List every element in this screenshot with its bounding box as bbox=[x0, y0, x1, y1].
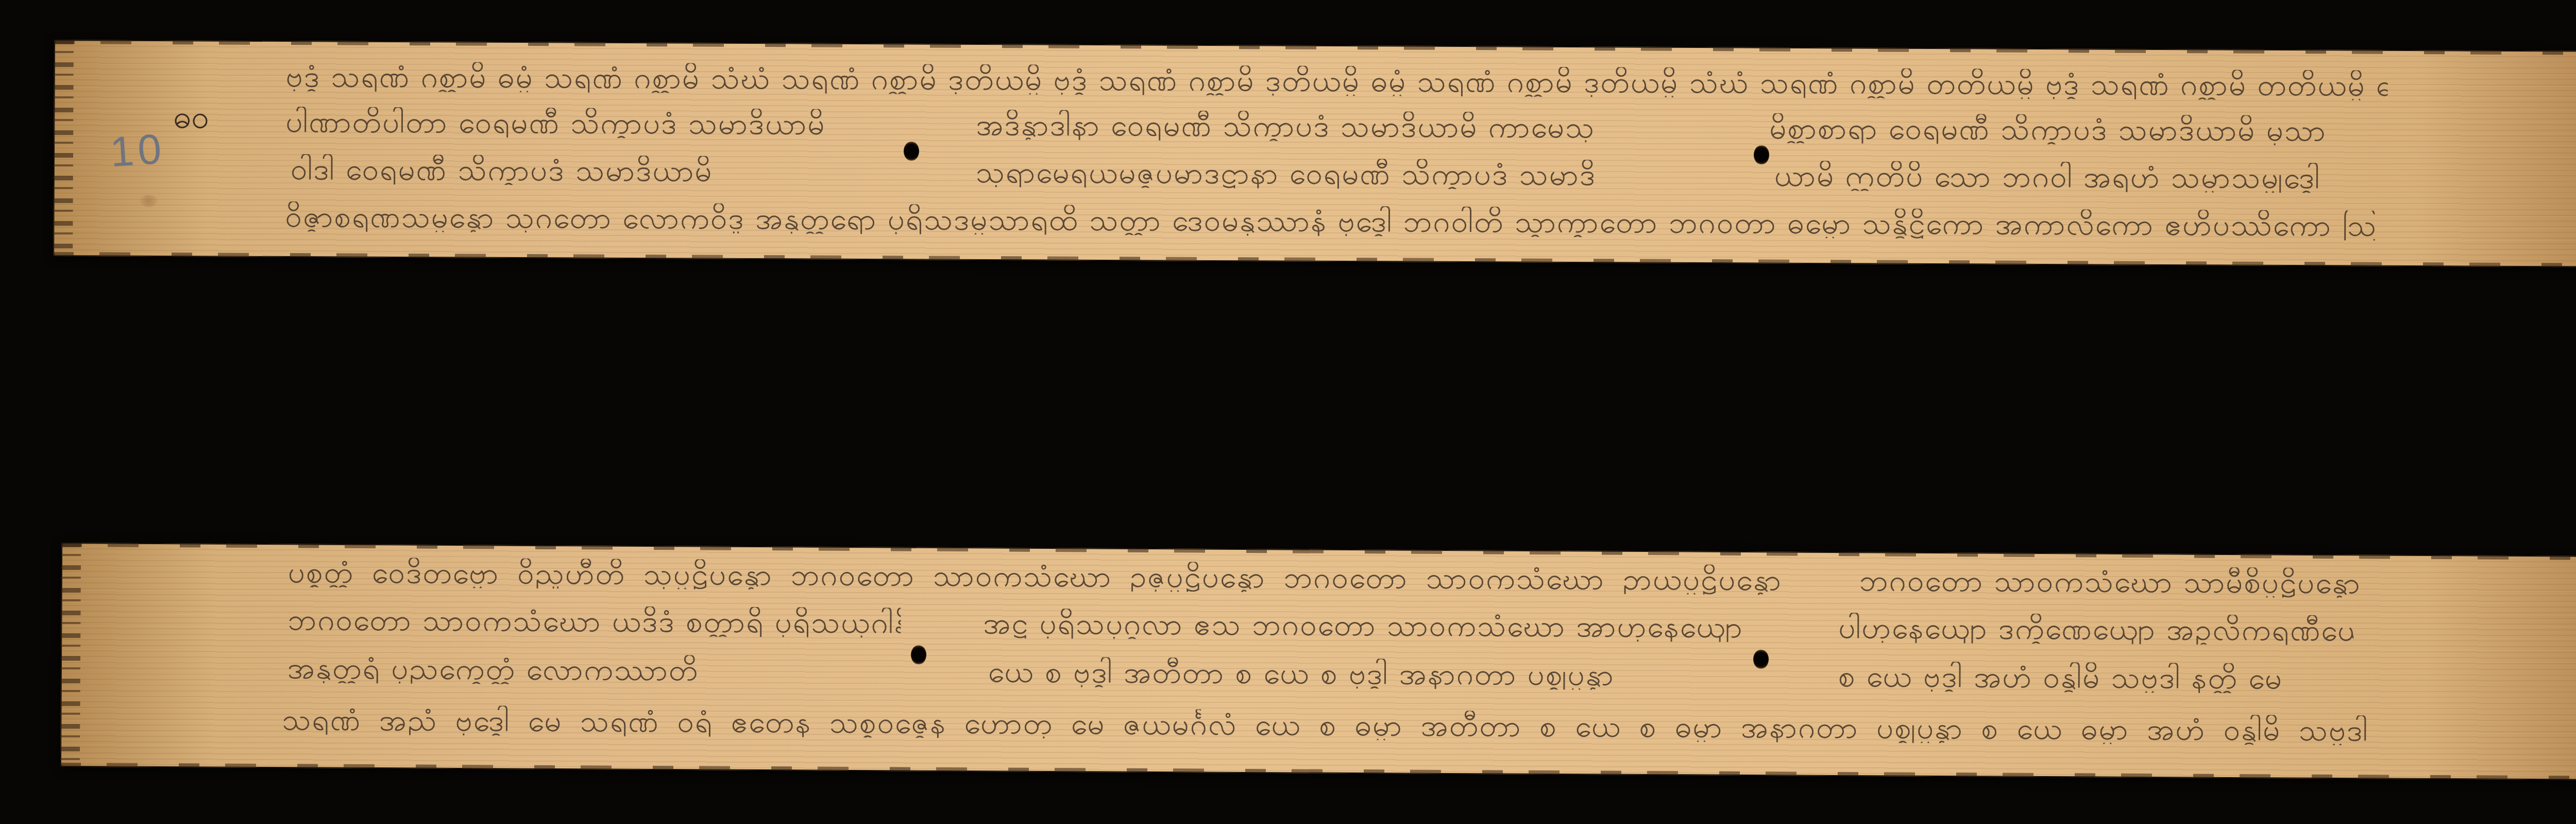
manuscript-line: ပါဏာတိပါတာ ဝေရမဏီ သိက္ခာပဒံ သမာဒိယာမိ bbox=[285, 107, 924, 139]
manuscript-line: ဘဂဝတော သာဝကသံဃော ယဒိဒံ စတ္တာရိ ပုရိသယုဂါ… bbox=[287, 604, 901, 637]
manuscript-line: သရဏံ အညံ ဗုဒ္ဓေါ မေ သရဏံ ဝရံ ဧတေန သစ္စဝဇ… bbox=[282, 704, 2368, 745]
folio-number-burmese: ဓဝ bbox=[173, 97, 209, 144]
leaf-burnt-edge bbox=[54, 40, 2576, 55]
leaf-stain bbox=[140, 195, 158, 207]
manuscript-line: မိစ္ဆာစာရာ ဝေရမဏီ သိက္ခာပဒံ သမာဒိယာမိ မု… bbox=[1769, 113, 2382, 146]
manuscript-line: အဒိန္နာဒါနာ ဝေရမဏီ သိက္ခာပဒံ သမာဒိယာမိ က… bbox=[976, 110, 1707, 143]
manuscript-line: ဝါဒါ ဝေရမဏီ သိက္ခာပဒံ သမာဒိယာမိ bbox=[291, 154, 826, 187]
manuscript-line: ယေ စ ဗုဒ္ဓါ အတီတာ စ ယေ စ ဗုဒ္ဓါ အနာဂတာ ပ… bbox=[988, 657, 1730, 691]
manuscript-line: ဘဂဝတော သာဝကသံဃော သာမီစိပ္ပဋိပန္နော bbox=[1859, 565, 2375, 598]
manuscript-line: အဋ္ဌ ပုရိသပုဂ္ဂလာ ဧသ ဘဂဝတော သာဝကသံဃော အာ… bbox=[983, 608, 1745, 642]
string-hole-left bbox=[904, 141, 919, 161]
manuscript-line: ယာမိ ဣတိပိ သော ဘဂဝါ အရဟံ သမ္မာသမ္ဗုဒ္ဓေါ bbox=[1774, 161, 2341, 193]
string-hole-right bbox=[1753, 649, 1769, 669]
manuscript-line: ပါဟုနေယျော ဒက္ခိဏေယျော အဉ္ဇလိကရဏီယော bbox=[1838, 613, 2353, 645]
string-hole-right bbox=[1754, 145, 1769, 165]
manuscript-line: စ ယေ ဗုဒ္ဓါ အဟံ ဝန္ဒါမိ သဗ္ဗဒါ နတ္ထိ မေ bbox=[1838, 661, 2353, 694]
manuscript-line: ဝိဇ္ဇာစရဏသမ္ပန္နော သုဂတော လောကဝိဒူ အနုတ္… bbox=[285, 201, 2377, 241]
manuscript-line: သုရာမေရယမဇ္ဇပမာဒဋ္ဌာနာ ဝေရမဏီ သိက္ခာပဒံ … bbox=[976, 157, 1697, 190]
leaf-burnt-edge bbox=[60, 763, 2576, 780]
leaf-burnt-edge bbox=[53, 252, 2576, 267]
manuscript-line: အနုတ္တရံ ပုညက္ခေတ္တံ လောကဿာတိ bbox=[287, 653, 870, 686]
palm-leaf-folio-top: ဓဝ 10 ဗုဒ္ဓံ သရဏံ ဂစ္ဆာမိ ဓမ္မံ သရဏံ ဂစ္… bbox=[53, 40, 2576, 267]
manuscript-line: ဗုဒ္ဓံ သရဏံ ဂစ္ဆာမိ ဓမ္မံ သရဏံ ဂစ္ဆာမိ သ… bbox=[286, 61, 2388, 100]
pencil-folio-number: 10 bbox=[109, 125, 167, 177]
palm-leaf-folio-bottom: ပစ္စတ္တံ ဝေဒိတဗ္ဗော ဝိညူဟီတိ သုပ္ပဋိပန္န… bbox=[60, 543, 2576, 780]
manuscript-line: ပစ္စတ္တံ ဝေဒိတဗ္ဗော ဝိညူဟီတိ သုပ္ပဋိပန္န… bbox=[288, 557, 1782, 595]
string-hole-left bbox=[911, 645, 926, 665]
